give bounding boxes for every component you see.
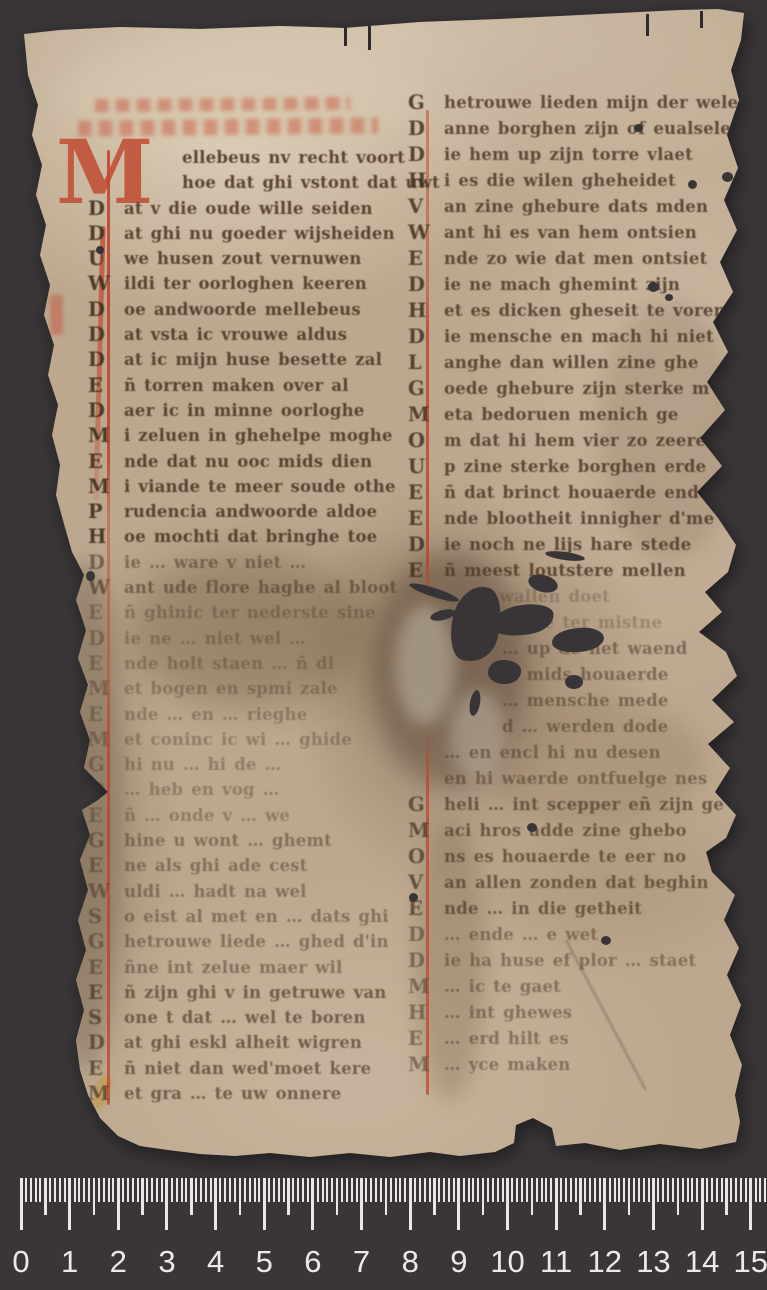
manuscript-line: … mids houaerde xyxy=(408,662,767,688)
ruler-tick xyxy=(44,1178,47,1215)
versal-initial xyxy=(408,766,444,792)
ruler-tick xyxy=(516,1178,518,1202)
line-text: ñ zijn ghi v in getruwe van xyxy=(124,980,386,1005)
ruler-tick xyxy=(545,1178,547,1202)
line-text: … erd hilt es xyxy=(444,1026,569,1052)
line-text: ñ niet dan wed'moet kere xyxy=(124,1056,371,1081)
ruler-tick xyxy=(98,1178,100,1202)
ruler-number: 14 xyxy=(685,1244,719,1280)
manuscript-line: Meta bedoruen menich ge xyxy=(408,402,767,428)
ruler-tick xyxy=(146,1178,148,1202)
manuscript-line: Hi es die wilen gheheidet xyxy=(408,168,767,194)
ruler-tick xyxy=(331,1178,333,1202)
ruler-tick xyxy=(224,1178,226,1202)
ruler-tick xyxy=(759,1178,761,1202)
ruler-tick xyxy=(725,1178,728,1215)
line-text: p zine sterke borghen erde xyxy=(444,454,706,480)
line-text: … heb en vog … xyxy=(124,777,279,802)
line-text: ie hem up zijn torre vlaet xyxy=(444,142,693,168)
manuscript-line: Ghine u wont … ghemt xyxy=(88,828,408,853)
manuscript-line: ellebeus nv recht voort xyxy=(88,145,408,170)
ruler-tick xyxy=(691,1178,693,1202)
ruler-tick xyxy=(652,1178,655,1230)
manuscript-line: Ghetrouwe lieden mijn der wele xyxy=(408,90,767,116)
line-text: oe andwoorde mellebeus xyxy=(124,297,361,322)
versal-initial: O xyxy=(408,844,444,870)
manuscript-line: D… ende … e wet xyxy=(408,922,767,948)
ruler-tick xyxy=(156,1178,158,1202)
line-text: ns es houaerde te eer no xyxy=(444,844,686,870)
manuscript-line: Eñ … onde v … we xyxy=(88,803,408,828)
ruler-tick xyxy=(443,1178,445,1202)
versal-initial xyxy=(466,636,502,662)
line-text: at v die oude wille seiden xyxy=(124,196,373,221)
versal-initial: M xyxy=(88,1081,124,1106)
ruler-tick xyxy=(161,1178,163,1202)
ruler-tick xyxy=(356,1178,358,1202)
versal-initial xyxy=(408,740,444,766)
ruler-tick xyxy=(205,1178,207,1202)
line-text: one t dat … wel te boren xyxy=(124,1005,366,1030)
manuscript-line: Ende zo wie dat men ontsiet xyxy=(408,246,767,272)
line-text: ie mensche en mach hi niet xyxy=(444,324,714,350)
versal-initial: E xyxy=(408,896,444,922)
manuscript-line: Mi zeluen in ghehelpe moghe xyxy=(88,423,408,448)
ruler-tick xyxy=(64,1178,66,1202)
ruler-tick xyxy=(404,1178,406,1202)
manuscript-line: … en encl hi nu desen xyxy=(408,740,767,766)
ruler-tick xyxy=(30,1178,32,1202)
versal-initial: E xyxy=(408,558,444,584)
manuscript-line: Gheli … int scepper eñ zijn ge xyxy=(408,792,767,818)
ruler-tick xyxy=(360,1178,363,1230)
ruler-tick xyxy=(677,1178,680,1215)
line-text: ie ha huse ef plor … staet xyxy=(444,948,696,974)
ruler-tick xyxy=(555,1178,558,1230)
versal-initial: S xyxy=(88,1005,124,1030)
line-text: nde … in die getheit xyxy=(444,896,642,922)
erased-rubric xyxy=(95,97,350,113)
versal-initial xyxy=(466,714,502,740)
ruler-tick xyxy=(721,1178,723,1202)
ruler-tick xyxy=(380,1178,382,1202)
manuscript-line: Prudencia andwoorde aldoe xyxy=(88,499,408,524)
manuscript-line: Eñ torren maken over al xyxy=(88,373,408,398)
manuscript-line: Eñ niet dan wed'moet kere xyxy=(88,1056,408,1081)
ruler-tick xyxy=(433,1178,436,1215)
ruler-tick xyxy=(511,1178,513,1202)
ruler-tick xyxy=(667,1178,669,1202)
ruler-tick xyxy=(185,1178,187,1202)
manuscript-line: Die noch ne lijs hare stede xyxy=(408,532,767,558)
ruler-tick xyxy=(112,1178,114,1202)
versal-initial xyxy=(466,662,502,688)
versal-initial: D xyxy=(88,398,124,423)
ruler-tick xyxy=(579,1178,582,1215)
manuscript-line: Met gra … te uw onnere xyxy=(88,1081,408,1106)
line-text: nde blootheit innigher d'me xyxy=(444,506,714,532)
versal-initial: M xyxy=(408,1052,444,1078)
manuscript-line: en hi waerde ontfuelge nes xyxy=(408,766,767,792)
versal-initial: E xyxy=(88,702,124,727)
ruler-number: 8 xyxy=(402,1244,419,1280)
line-text: ñ dat brinct houaerde ende xyxy=(444,480,710,506)
manuscript-line: Dat ic mijn huse besette zal xyxy=(88,347,408,372)
ruler-tick xyxy=(219,1178,221,1202)
ruler-tick xyxy=(506,1178,509,1230)
ruler-tick xyxy=(292,1178,294,1202)
ruler-number: 13 xyxy=(636,1244,670,1280)
line-text: rudencia andwoorde aldoe xyxy=(124,499,377,524)
manuscript-line: H… int ghewes xyxy=(408,1000,767,1026)
ruler-tick xyxy=(492,1178,494,1202)
versal-initial: D xyxy=(88,347,124,372)
ruler-number: 12 xyxy=(588,1244,622,1280)
versal-initial: W xyxy=(88,575,124,600)
ruler-tick xyxy=(541,1178,543,1202)
line-text: en hi waerde ontfuelge nes xyxy=(444,766,707,792)
ruler-tick xyxy=(20,1178,23,1230)
versal-initial: M xyxy=(88,727,124,752)
versal-initial: G xyxy=(408,376,444,402)
line-text: … int ghewes xyxy=(444,1000,572,1026)
manuscript-line: Van zine ghebure dats mden xyxy=(408,194,767,220)
manuscript-line: Met bogen en spmi zale xyxy=(88,676,408,701)
ruler-number: 15 xyxy=(734,1244,767,1280)
versal-initial: H xyxy=(88,524,124,549)
versal-initial: V xyxy=(408,194,444,220)
manuscript-line: D… heb en vog … xyxy=(88,777,408,802)
manuscript-line: Want hi es van hem ontsien xyxy=(408,220,767,246)
versal-initial: L xyxy=(408,350,444,376)
ruler-tick xyxy=(165,1178,168,1230)
ruler-tick xyxy=(302,1178,304,1202)
manuscript-line: Ghetrouwe liede … ghed d'in xyxy=(88,929,408,954)
ruler-tick xyxy=(701,1178,704,1230)
ruler-tick xyxy=(132,1178,134,1202)
line-text: ie noch ne lijs hare stede xyxy=(444,532,691,558)
ruler-tick xyxy=(682,1178,684,1202)
line-text: d … werden dode xyxy=(502,714,668,740)
ruler-tick xyxy=(550,1178,552,1202)
versal-initial: D xyxy=(88,322,124,347)
ruler-tick xyxy=(603,1178,606,1230)
manuscript-line: Die ne … niet wel … xyxy=(88,626,408,651)
manuscript-line: Eñ ghinic ter nederste sine xyxy=(88,600,408,625)
line-text: o eist al met en … dats ghi xyxy=(124,904,389,929)
versal-initial: U xyxy=(408,454,444,480)
line-text: … en wallen doet xyxy=(444,584,610,610)
ruler-tick xyxy=(672,1178,674,1202)
line-text: … mids houaerde xyxy=(502,662,668,688)
ruler-tick xyxy=(141,1178,144,1215)
ruler-tick xyxy=(390,1178,392,1202)
photo: M ellebeus nv recht voorthoe dat ghi vst… xyxy=(0,0,767,1290)
ruler-number: 11 xyxy=(540,1244,572,1280)
versal-initial: G xyxy=(408,90,444,116)
ruler-tick xyxy=(463,1178,465,1202)
line-text: i viande te meer soude othe xyxy=(124,474,396,499)
versal-initial: E xyxy=(408,246,444,272)
ruler-tick xyxy=(346,1178,348,1202)
line-text: at ghi eskl alheit wigren xyxy=(124,1030,362,1055)
ruler-tick xyxy=(385,1178,388,1215)
ruler-tick xyxy=(409,1178,412,1230)
ruler-tick xyxy=(531,1178,534,1215)
ruler-tick xyxy=(623,1178,625,1202)
versal-initial: M xyxy=(408,818,444,844)
versal-initial: D xyxy=(408,532,444,558)
line-text: ñ torren maken over al xyxy=(124,373,349,398)
ruler-tick xyxy=(472,1178,474,1202)
versal-initial: U xyxy=(88,246,124,271)
manuscript-line: Met coninc ic wi … ghide xyxy=(88,727,408,752)
versal-initial xyxy=(146,145,182,170)
ruler-tick xyxy=(730,1178,732,1202)
ruler-tick xyxy=(326,1178,328,1202)
ruler-tick xyxy=(706,1178,708,1202)
versal-initial xyxy=(466,688,502,714)
ruler-tick xyxy=(307,1178,309,1202)
versal-initial: G xyxy=(88,752,124,777)
ruler-tick xyxy=(122,1178,124,1202)
manuscript-line: Ons es houaerde te eer no xyxy=(408,844,767,870)
manuscript-line: Maci hros adde zine ghebo xyxy=(408,818,767,844)
versal-initial: E xyxy=(88,600,124,625)
manuscript-line: Die hem up zijn torre vlaet xyxy=(408,142,767,168)
versal-initial: D xyxy=(408,142,444,168)
line-text: … mensche mede xyxy=(502,688,669,714)
manuscript-line: Dat vsta ic vrouwe aldus xyxy=(88,322,408,347)
versal-initial: W xyxy=(88,879,124,904)
manuscript-line: Die mensche en mach hi niet xyxy=(408,324,767,350)
ruler-tick xyxy=(210,1178,212,1202)
line-text: eta bedoruen menich ge xyxy=(444,402,679,428)
line-text: m dat hi hem vier zo zeere xyxy=(444,428,706,454)
ruler-tick xyxy=(457,1178,460,1230)
ruler-tick xyxy=(584,1178,586,1202)
ruler-tick xyxy=(351,1178,353,1202)
manuscript-line: Ene als ghi ade cest xyxy=(88,853,408,878)
line-text: oede ghebure zijn sterke m xyxy=(444,376,710,402)
ruler-tick xyxy=(278,1178,280,1202)
red-margin-mark xyxy=(50,295,64,335)
ruler-tick xyxy=(589,1178,591,1202)
versal-initial xyxy=(466,610,502,636)
ruler-tick xyxy=(214,1178,217,1230)
ruler-tick xyxy=(365,1178,367,1202)
manuscript-line: Ende holt staen … ñ di xyxy=(88,651,408,676)
manuscript-line: hoe dat ghi vstont dat uwt xyxy=(88,170,408,195)
ruler-tick xyxy=(643,1178,645,1202)
line-text: anne borghen zijn of eualsele xyxy=(444,116,731,142)
manuscript-line: Uwe husen zout vernuwen xyxy=(88,246,408,271)
versal-initial: M xyxy=(408,974,444,1000)
ruler-tick xyxy=(108,1178,110,1202)
manuscript-line: Ende blootheit innigher d'me xyxy=(408,506,767,532)
versal-initial: M xyxy=(88,423,124,448)
line-text: … up de het waend xyxy=(502,636,688,662)
ruler-tick xyxy=(176,1178,178,1202)
ruler-tick xyxy=(745,1178,747,1202)
crease xyxy=(56,700,70,769)
ruler-tick xyxy=(273,1178,275,1202)
ruler-tick xyxy=(764,1178,766,1202)
ruler-tick xyxy=(117,1178,120,1230)
ruler-tick xyxy=(419,1178,421,1202)
ruler-tick xyxy=(755,1178,757,1202)
versal-initial xyxy=(408,584,444,610)
ruler-tick xyxy=(74,1178,76,1202)
ruler-tick xyxy=(438,1178,440,1202)
line-text: heli … int scepper eñ zijn ge xyxy=(444,792,724,818)
line-text: nde dat nu ooc mids dien xyxy=(124,449,372,474)
ruler-tick xyxy=(477,1178,479,1202)
line-text: an zine ghebure dats mden xyxy=(444,194,708,220)
versal-initial: E xyxy=(88,803,124,828)
line-text: … en encl hi nu desen xyxy=(444,740,661,766)
manuscript-line: Want ude flore haghe al bloot xyxy=(88,575,408,600)
ruler-tick xyxy=(239,1178,242,1215)
manuscript-line: Ende dat nu ooc mids dien xyxy=(88,449,408,474)
ruler-tick xyxy=(453,1178,455,1202)
line-text: ñne int zelue maer wil xyxy=(124,955,342,980)
ruler-number: 4 xyxy=(207,1244,224,1280)
manuscript-line: Goede ghebure zijn sterke m xyxy=(408,376,767,402)
manuscript-line: Langhe dan willen zine ghe xyxy=(408,350,767,376)
line-text: … ic te gaet xyxy=(444,974,561,1000)
ruler-tick xyxy=(244,1178,246,1202)
ruler-tick xyxy=(59,1178,61,1202)
manuscript-line: Het es dicken gheseit te voren xyxy=(408,298,767,324)
ruler-tick xyxy=(414,1178,416,1202)
versal-initial: D xyxy=(408,116,444,142)
line-text: nde … en … rieghe xyxy=(124,702,307,727)
line-text: ñ ghinic ter nederste sine xyxy=(124,600,376,625)
line-text: et coninc ic wi … ghide xyxy=(124,727,352,752)
ruler-tick xyxy=(370,1178,372,1202)
line-text: … ende … e wet xyxy=(444,922,598,948)
ruler-tick xyxy=(49,1178,51,1202)
ruler-tick xyxy=(283,1178,285,1202)
ruler-tick xyxy=(195,1178,197,1202)
line-text: we husen zout vernuwen xyxy=(124,246,362,271)
ruler-tick xyxy=(258,1178,260,1202)
ruler-tick xyxy=(687,1178,689,1202)
ruler-tick xyxy=(68,1178,71,1230)
ruler-tick xyxy=(297,1178,299,1202)
manuscript-line: Van allen zonden dat beghin xyxy=(408,870,767,896)
manuscript-line: Wuldi … hadt na wel xyxy=(88,879,408,904)
ruler-tick xyxy=(594,1178,596,1202)
parchment-fragment: M ellebeus nv recht voorthoe dat ghi vst… xyxy=(0,0,767,1175)
manuscript-line: Danne borghen zijn of eualsele xyxy=(408,116,767,142)
manuscript-line: Ghi nu … hi de … xyxy=(88,752,408,777)
ruler-tick xyxy=(657,1178,659,1202)
manuscript-line: Mi viande te meer soude othe xyxy=(88,474,408,499)
manuscript-line: … ele ter mistne xyxy=(408,610,767,636)
line-text: ie ne … niet wel … xyxy=(124,626,306,651)
line-text: an allen zonden dat beghin xyxy=(444,870,709,896)
ruler-tick xyxy=(570,1178,572,1202)
versal-initial: D xyxy=(408,948,444,974)
ruler-tick xyxy=(599,1178,601,1202)
versal-initial: W xyxy=(88,271,124,296)
ruler-number: 2 xyxy=(110,1244,127,1280)
ruler-tick xyxy=(487,1178,489,1202)
line-text: hetrouwe lieden mijn der wele xyxy=(444,90,738,116)
versal-initial: M xyxy=(88,474,124,499)
ruler-tick xyxy=(151,1178,153,1202)
versal-initial: E xyxy=(88,651,124,676)
versal-initial: E xyxy=(408,1026,444,1052)
manuscript-line: … mensche mede xyxy=(408,688,767,714)
line-text: ñ meest loutstere mellen xyxy=(444,558,686,584)
manuscript-line: Eñ meest loutstere mellen xyxy=(408,558,767,584)
ruler-number: 7 xyxy=(353,1244,370,1280)
versal-initial: D xyxy=(408,922,444,948)
ruler-number: 0 xyxy=(12,1244,29,1280)
ruler-tick xyxy=(565,1178,567,1202)
manuscript-line: Eñ dat brinct houaerde ende xyxy=(408,480,767,506)
line-text: at ic mijn huse besette zal xyxy=(124,347,382,372)
versal-initial: D xyxy=(408,272,444,298)
ruler-number: 9 xyxy=(450,1244,467,1280)
ruler-tick xyxy=(740,1178,742,1202)
manuscript-line: Die ha huse ef plor … staet xyxy=(408,948,767,974)
versal-initial: E xyxy=(408,506,444,532)
ruler-number: 10 xyxy=(490,1244,524,1280)
manuscript-line: Die ne mach ghemint zijn xyxy=(408,272,767,298)
versal-initial: M xyxy=(408,402,444,428)
ruler-tick xyxy=(375,1178,377,1202)
versal-initial xyxy=(146,170,182,195)
ruler-tick xyxy=(137,1178,139,1202)
line-text: i zeluen in ghehelpe moghe xyxy=(124,423,393,448)
text-column-left: ellebeus nv recht voorthoe dat ghi vston… xyxy=(88,145,408,1106)
ruler-tick xyxy=(234,1178,236,1202)
ruler-tick xyxy=(103,1178,105,1202)
ruler-tick xyxy=(448,1178,450,1202)
ruler-number: 6 xyxy=(304,1244,321,1280)
ruler-tick xyxy=(317,1178,319,1202)
line-text: anghe dan willen zine ghe xyxy=(444,350,699,376)
ruler-tick xyxy=(127,1178,129,1202)
manuscript-line: Wildi ter oorloghen keeren xyxy=(88,271,408,296)
ruler-number: 1 xyxy=(61,1244,78,1280)
ruler-tick xyxy=(429,1178,431,1202)
ruler-tick xyxy=(171,1178,173,1202)
manuscript-line: Dat v die oude wille seiden xyxy=(88,196,408,221)
ruler-number: 3 xyxy=(158,1244,175,1280)
versal-initial: E xyxy=(88,1056,124,1081)
line-text: … yce maken xyxy=(444,1052,570,1078)
ruler-tick xyxy=(536,1178,538,1202)
versal-initial: G xyxy=(88,828,124,853)
versal-initial: H xyxy=(408,1000,444,1026)
ruler-tick xyxy=(190,1178,193,1215)
line-text: ant hi es van hem ontsien xyxy=(444,220,697,246)
ruler-tick xyxy=(662,1178,664,1202)
ruler-tick xyxy=(497,1178,499,1202)
line-text: … ele ter mistne xyxy=(502,610,662,636)
ruler-tick xyxy=(526,1178,528,1202)
line-text: ie ne mach ghemint zijn xyxy=(444,272,680,298)
manuscript-line: Hoe mochti dat bringhe toe xyxy=(88,524,408,549)
versal-initial: H xyxy=(408,168,444,194)
line-text: aer ic in minne oorloghe xyxy=(124,398,364,423)
ruler-tick xyxy=(424,1178,426,1202)
